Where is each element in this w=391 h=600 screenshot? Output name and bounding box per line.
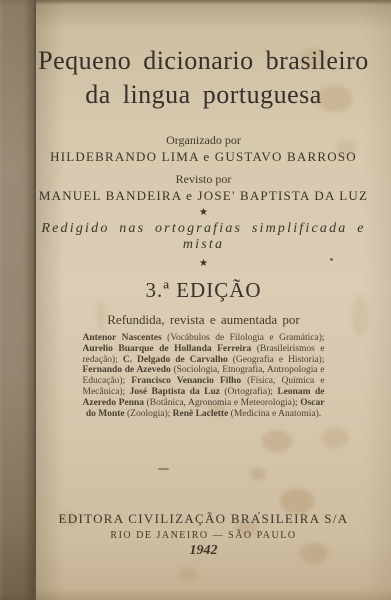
revised-by-names: MANUEL BANDEIRA e JOSE' BAPTISTA DA LUZ	[36, 188, 371, 204]
contributor-role: (Botânica, Agronomia e Meteorologia);	[144, 398, 300, 408]
contributor-name: José Baptista da Luz	[130, 387, 220, 397]
book-title-page: { "document": { "title_line1": "Pequeno …	[0, 0, 391, 600]
contributor-name: Aurelio Buarque de Hollanda Ferreira	[83, 344, 252, 354]
contributor-role: (Geografia e Historia);	[228, 355, 325, 365]
star-icon: ★	[36, 258, 371, 270]
contributor-name: Renê Laclette	[173, 409, 229, 419]
revision-note: Refundida, revista e aumentada por	[36, 312, 371, 328]
contributor-role: (Ortografia);	[220, 387, 277, 397]
book-spine-edge	[0, 0, 36, 600]
publisher-name: EDITORA CIVILIZAÇÃO BRASILEIRA S/A	[36, 511, 371, 527]
contributor-name: Antenor Nascentes	[83, 333, 162, 343]
organized-by-label: Organizado por	[36, 133, 371, 148]
contributor-name: C. Delgado de Carvalho	[123, 355, 228, 365]
revised-by-label: Revisto por	[36, 172, 371, 187]
publisher-cities: RIO DE JANEIRO — SÃO PAULO	[36, 530, 371, 541]
imprint-block: EDITORA CIVILIZAÇÃO BRASILEIRA S/A RIO D…	[36, 511, 371, 559]
publication-year: 1942	[36, 543, 371, 559]
contributor-role: (Zoologia);	[125, 409, 173, 419]
organized-by-names: HILDEBRANDO LIMA e GUSTAVO BARROSO	[36, 149, 371, 165]
contributor-role: (Vocábulos de Filologia e Gramática);	[162, 333, 325, 343]
edition-heading: 3.ª EDIÇÃO	[36, 278, 371, 303]
contributor-name: Francisco Venancio Filho	[131, 376, 241, 386]
book-title-line-1: Pequeno dicionario brasileiro	[36, 44, 371, 78]
contributor-role: (Medicina e Anatomia).	[228, 409, 321, 419]
book-title: Pequeno dicionario brasileiro da lingua …	[36, 44, 371, 112]
title-page-content: Pequeno dicionario brasileiro da lingua …	[36, 0, 371, 419]
contributor-name: Fernando de Azevedo	[83, 365, 171, 375]
star-icon: ★	[36, 207, 371, 219]
book-title-line-2: da lingua portuguesa	[36, 78, 371, 112]
contributors-paragraph: Antenor Nascentes (Vocábulos de Filologi…	[83, 333, 325, 419]
orthography-note: Redigido nas ortografias simplificada e …	[36, 221, 371, 253]
